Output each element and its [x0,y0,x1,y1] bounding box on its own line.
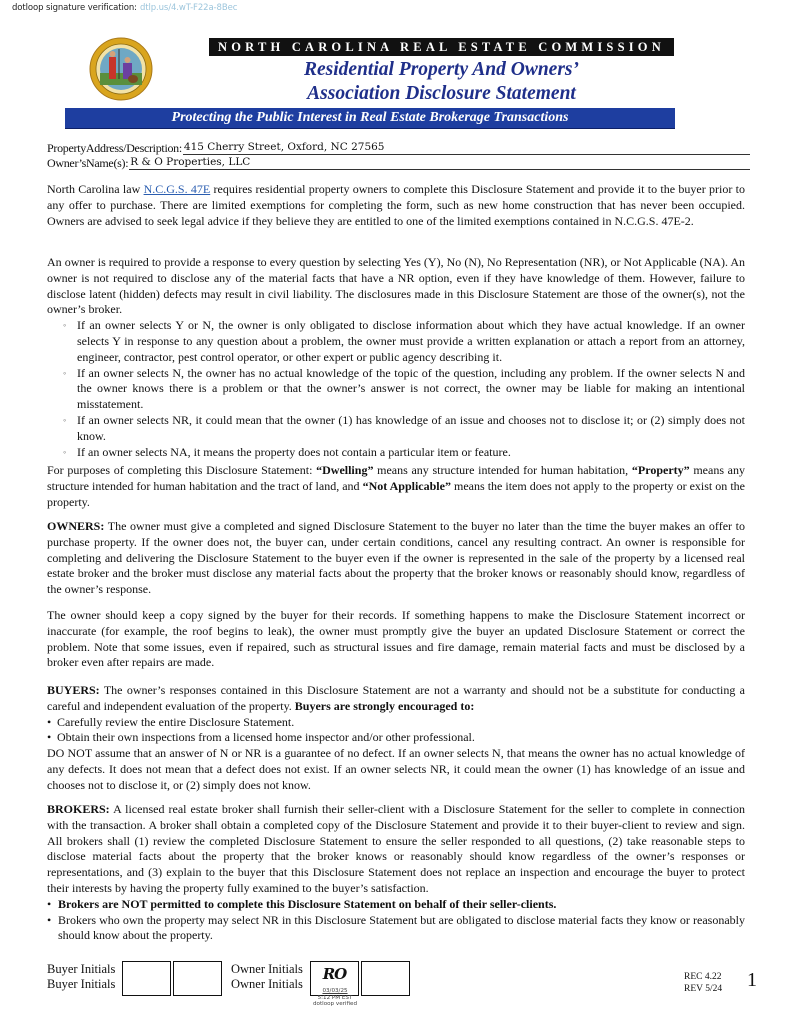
verification-label: dotloop signature verification: [12,3,137,13]
list-item: •Brokers are NOT permitted to complete t… [47,897,745,913]
form-title-line-1: Residential Property And Owners’ [209,59,674,81]
stamp-time: 5:12 PM EST [303,995,367,1002]
bullet-icon: • [47,715,51,731]
term-dwelling: “Dwelling” [316,463,373,477]
intro-paragraph: North Carolina law N.C.G.S. 47E requires… [47,182,745,229]
property-address-row: PropertyAddress/Description: 415 Cherry … [47,141,750,155]
owner-initials-label-2: Owner Initials [231,977,303,992]
stamp-verified: dotloop verified [303,1001,367,1008]
bullet-text: Brokers who own the property may select … [58,913,745,943]
circle-bullet-icon: ◦ [63,413,66,429]
brokers-bullet-list: •Brokers are NOT permitted to complete t… [47,897,745,944]
page-number: 1 [747,969,757,991]
owner-names-row: Owner’sName(s): R & O Properties, LLC [47,156,750,170]
owners-text: The owner must give a completed and sign… [47,519,745,596]
commission-name-bar: NORTH CAROLINA REAL ESTATE COMMISSION [209,38,674,56]
buyers-bullet-list: •Carefully review the entire Disclosure … [47,715,745,747]
circle-bullet-icon: ◦ [63,366,66,382]
definitions-text: means any structure intended for human h… [373,463,631,477]
owner-initials-label-1: Owner Initials [231,962,303,977]
form-number: REC 4.22 [684,971,722,983]
verification-link[interactable]: dtlp.us/4.wT-F22a-8Bec [140,3,237,13]
bullet-text: If an owner selects NR, it could mean th… [77,413,745,443]
list-item: ◦If an owner selects NA, it means the pr… [47,445,745,461]
bullet-text: Carefully review the entire Disclosure S… [57,715,294,729]
mission-banner: Protecting the Public Interest in Real E… [65,108,675,129]
signature-verification: dotloop signature verification:dtlp.us/4… [12,3,237,13]
owner-initials-signature: RO [311,965,358,983]
buyer-initials-label-1: Buyer Initials [47,962,115,977]
brokers-heading: BROKERS: [47,802,110,816]
bullet-text: If an owner selects NA, it means the pro… [77,445,511,459]
bullet-icon: • [47,730,51,746]
buyer-initials-label-2: Buyer Initials [47,977,115,992]
response-paragraph: An owner is required to provide a respon… [47,255,745,318]
owner-names-label: Owner’sName(s): [47,156,128,170]
bullet-text: Brokers are NOT permitted to complete th… [58,897,556,911]
definitions-paragraph: For purposes of completing this Disclosu… [47,463,745,510]
owner-initials-box-2[interactable] [361,961,410,996]
list-item: ◦If an owner selects NR, it could mean t… [47,413,745,445]
list-item: •Carefully review the entire Disclosure … [47,715,745,731]
owner-initials-labels: Owner Initials Owner Initials [231,962,303,992]
definitions-text: For purposes of completing this Disclosu… [47,463,316,477]
circle-bullet-icon: ◦ [63,318,66,334]
bullet-text: If an owner selects Y or N, the owner is… [77,318,745,364]
buyers-emphasis: Buyers are strongly encouraged to: [295,699,475,713]
revision-date: REV 5/24 [684,983,722,995]
buyers-warning: DO NOT assume that an answer of N or NR … [47,746,745,793]
brokers-text: A licensed real estate broker shall furn… [47,802,745,895]
nc-real-estate-commission-seal-icon [89,37,153,101]
response-instructions: An owner is required to provide a respon… [47,255,745,460]
form-title-line-2: Association Disclosure Statement [209,83,674,105]
stamp-date: 03/03/25 [303,988,367,995]
list-item: ◦If an owner selects Y or N, the owner i… [47,318,745,365]
buyer-initials-labels: Buyer Initials Buyer Initials [47,962,115,992]
form-revision: REC 4.22 REV 5/24 [684,971,722,995]
property-address-label: PropertyAddress/Description: [47,141,182,155]
bullet-icon: • [47,897,51,913]
ncgs-47e-link[interactable]: N.C.G.S. 47E [144,182,211,196]
buyer-initials-box-1[interactable] [122,961,171,996]
term-not-applicable: “Not Applicable” [363,479,451,493]
bullet-text: If an owner selects N, the owner has no … [77,366,745,412]
bullet-text: Obtain their own inspections from a lice… [57,730,475,744]
circle-bullet-icon: ◦ [63,445,66,461]
response-bullet-list: ◦If an owner selects Y or N, the owner i… [47,318,745,460]
bullet-icon: • [47,913,51,929]
buyers-section: BUYERS: The owner’s responses contained … [47,683,745,794]
owners-section: OWNERS: The owner must give a completed … [47,519,745,598]
owner-names-field[interactable]: R & O Properties, LLC [129,156,750,170]
term-property: “Property” [632,463,690,477]
owners-heading: OWNERS: [47,519,104,533]
property-address-field[interactable]: 415 Cherry Street, Oxford, NC 27565 [183,141,750,155]
keep-copy-paragraph: The owner should keep a copy signed by t… [47,608,745,671]
list-item: •Obtain their own inspections from a lic… [47,730,745,746]
buyer-initials-box-2[interactable] [173,961,222,996]
intro-text: North Carolina law [47,182,144,196]
list-item: •Brokers who own the property may select… [47,913,745,945]
brokers-section: BROKERS: A licensed real estate broker s… [47,802,745,944]
list-item: ◦If an owner selects N, the owner has no… [47,366,745,413]
dotloop-verification-stamp: 03/03/25 5:12 PM EST dotloop verified [303,988,367,1008]
keep-copy-text: The owner should keep a copy signed by t… [47,608,745,671]
buyers-heading: BUYERS: [47,683,100,697]
